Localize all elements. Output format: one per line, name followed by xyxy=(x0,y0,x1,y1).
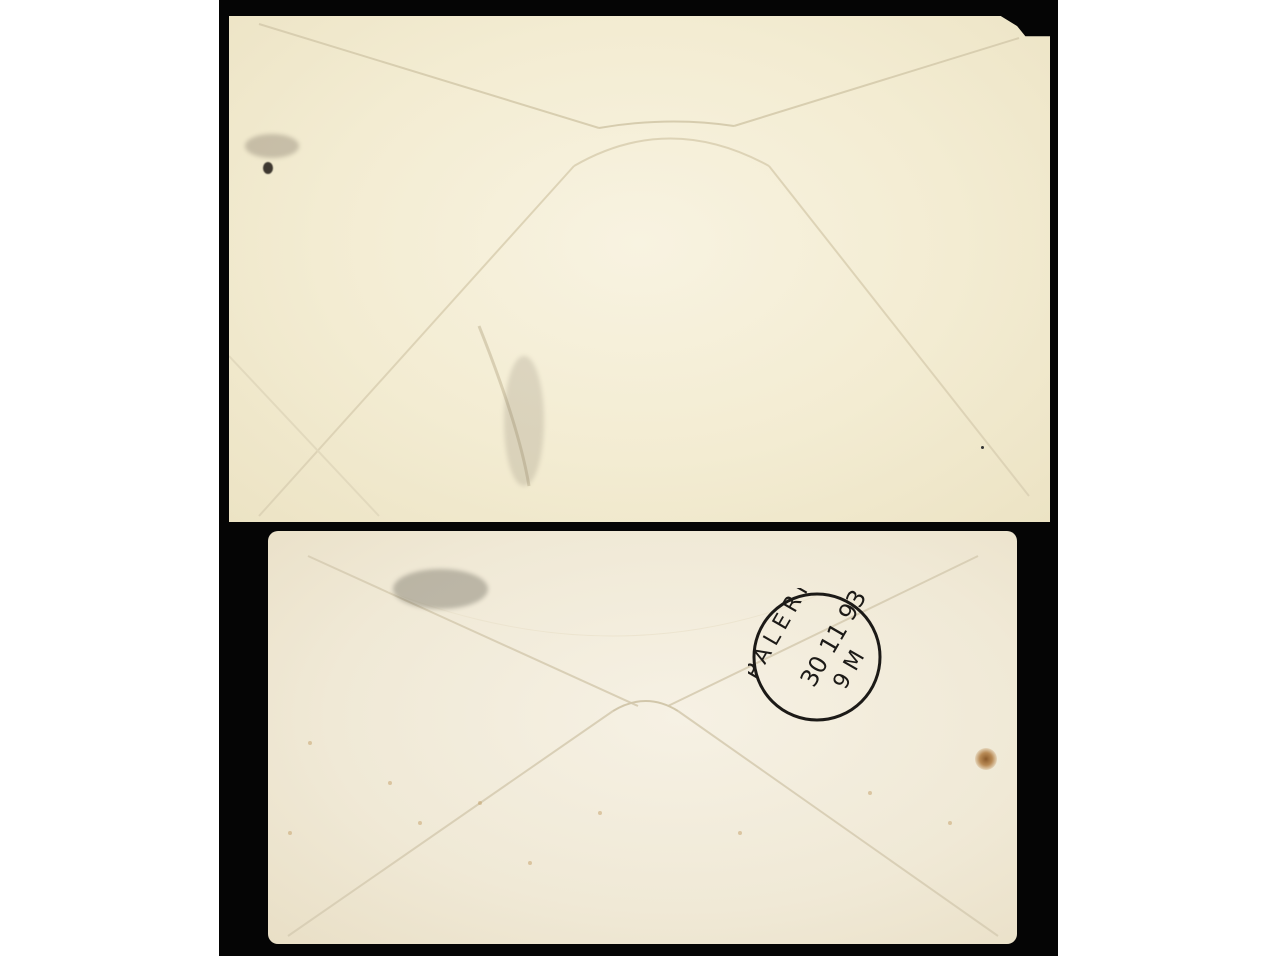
envelope-top xyxy=(229,16,1050,522)
foxing-spot xyxy=(868,791,872,795)
foxing-spot xyxy=(418,821,422,825)
faint-mark xyxy=(245,134,299,158)
foxing-stain xyxy=(975,748,997,770)
envelope-bottom-folds xyxy=(268,531,1017,944)
foxing-spot xyxy=(288,831,292,835)
foxing-spot xyxy=(308,741,312,745)
foxing-spot xyxy=(948,821,952,825)
palermo-postmark: PALERMO 30 11 93 9 M xyxy=(748,588,886,726)
dot xyxy=(981,446,984,449)
envelope-top-folds xyxy=(229,16,1050,522)
ink-dot xyxy=(263,162,273,174)
foxing-spot xyxy=(598,811,602,815)
foxing-spot xyxy=(388,781,392,785)
foxing-spot xyxy=(738,831,742,835)
postmark-circle-icon: PALERMO 30 11 93 9 M xyxy=(748,588,886,726)
foxing-spot xyxy=(528,861,532,865)
foxing-spot xyxy=(478,801,482,805)
faint-smear xyxy=(504,356,544,486)
envelope-bottom xyxy=(268,531,1017,944)
faint-cancellation xyxy=(393,569,488,609)
